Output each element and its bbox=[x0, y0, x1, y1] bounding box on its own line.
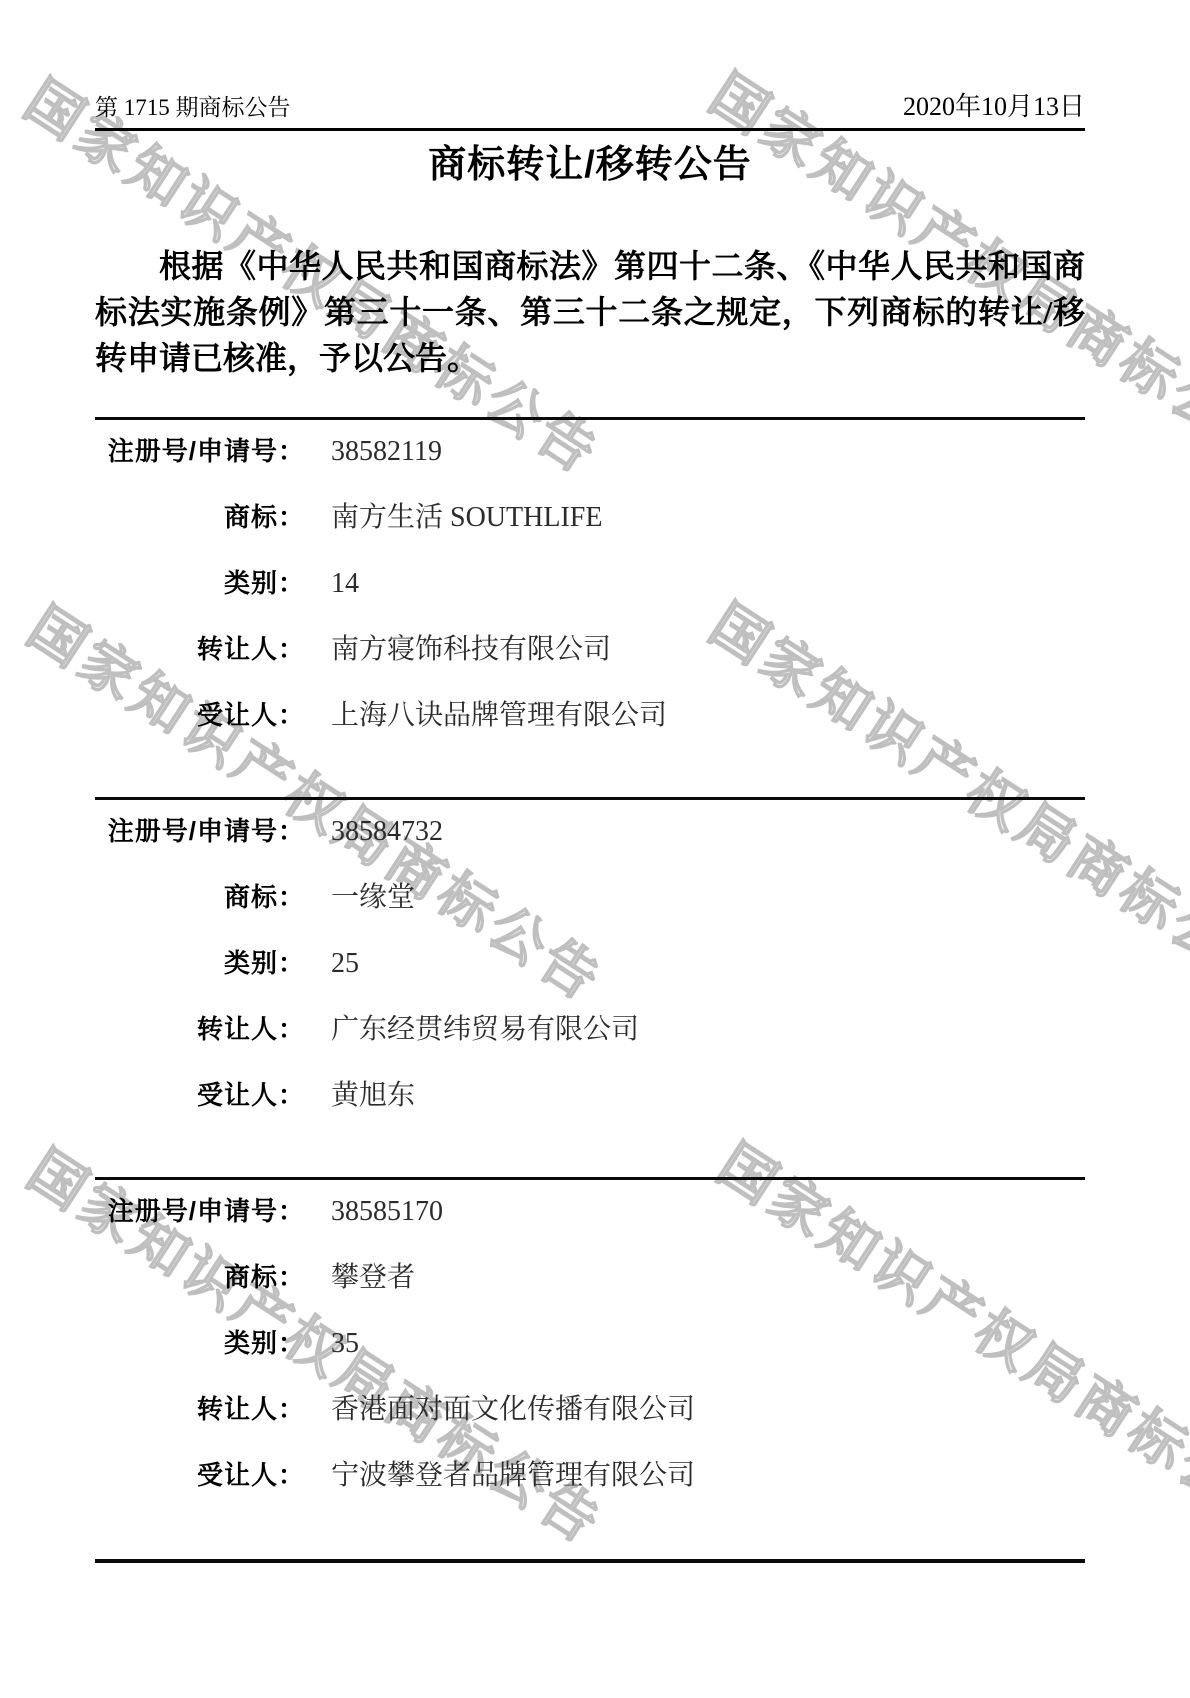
assignee-label: 受让人： bbox=[95, 1079, 305, 1111]
record-row-category: 类别： 25 bbox=[95, 947, 1085, 980]
trademark-value: 攀登者 bbox=[331, 1262, 415, 1294]
assignor-value: 香港面对面文化传播有限公司 bbox=[331, 1394, 695, 1426]
intro-paragraph: 根据《中华人民共和国商标法》第四十二条、《中华人民共和国商标法实施条例》第三十一… bbox=[95, 243, 1085, 381]
gazette-date: 2020年10月13日 bbox=[903, 86, 1085, 123]
record-row-assignor: 转让人： 南方寝饰科技有限公司 bbox=[95, 633, 1085, 666]
record-row-reg-no: 注册号/申请号： 38585170 bbox=[95, 1195, 1085, 1228]
bottom-divider bbox=[95, 1559, 1085, 1563]
record-row-reg-no: 注册号/申请号： 38584732 bbox=[95, 815, 1085, 848]
record-row-category: 类别： 14 bbox=[95, 567, 1085, 600]
category-value: 14 bbox=[331, 568, 359, 600]
record-row-trademark: 商标： 南方生活 SOUTHLIFE bbox=[95, 501, 1085, 534]
gazette-page: 国家知识产权局商标公告 国家知识产权局商标公告 国家知识产权局商标公告 国家知识… bbox=[0, 0, 1190, 1698]
header-divider bbox=[95, 128, 1085, 131]
reg-no-label: 注册号/申请号： bbox=[95, 1195, 305, 1227]
trademark-label: 商标： bbox=[95, 501, 305, 533]
trademark-record: 注册号/申请号： 38585170 商标： 攀登者 类别： 35 转让人： 香港… bbox=[95, 1177, 1085, 1557]
record-row-assignor: 转让人： 香港面对面文化传播有限公司 bbox=[95, 1393, 1085, 1426]
trademark-record: 注册号/申请号： 38582119 商标： 南方生活 SOUTHLIFE 类别：… bbox=[95, 417, 1085, 797]
assignor-label: 转让人： bbox=[95, 1013, 305, 1045]
category-value: 25 bbox=[331, 948, 359, 980]
record-row-assignor: 转让人： 广东经贯纬贸易有限公司 bbox=[95, 1013, 1085, 1046]
assignor-value: 南方寝饰科技有限公司 bbox=[331, 634, 611, 666]
page-content: 第 1715 期商标公告 2020年10月13日 商标转让/移转公告 根据《中华… bbox=[95, 0, 1085, 1563]
record-row-assignee: 受让人： 黄旭东 bbox=[95, 1079, 1085, 1112]
page-title: 商标转让/移转公告 bbox=[95, 141, 1085, 189]
category-value: 35 bbox=[331, 1328, 359, 1360]
record-row-assignee: 受让人： 宁波攀登者品牌管理有限公司 bbox=[95, 1459, 1085, 1492]
gazette-issue-number: 第 1715 期商标公告 bbox=[95, 89, 291, 122]
category-label: 类别： bbox=[95, 947, 305, 979]
trademark-record: 注册号/申请号： 38584732 商标： 一缘堂 类别： 25 转让人： 广东… bbox=[95, 797, 1085, 1177]
reg-no-value: 38584732 bbox=[331, 816, 443, 848]
assignor-label: 转让人： bbox=[95, 1393, 305, 1425]
reg-no-value: 38585170 bbox=[331, 1196, 443, 1228]
reg-no-value: 38582119 bbox=[331, 436, 442, 468]
assignee-label: 受让人： bbox=[95, 699, 305, 731]
record-row-assignee: 受让人： 上海八诀品牌管理有限公司 bbox=[95, 699, 1085, 732]
reg-no-label: 注册号/申请号： bbox=[95, 435, 305, 467]
reg-no-label: 注册号/申请号： bbox=[95, 815, 305, 847]
assignee-value: 上海八诀品牌管理有限公司 bbox=[331, 700, 667, 732]
trademark-label: 商标： bbox=[95, 1261, 305, 1293]
trademark-value: 一缘堂 bbox=[331, 882, 415, 914]
category-label: 类别： bbox=[95, 1327, 305, 1359]
trademark-value: 南方生活 SOUTHLIFE bbox=[331, 502, 602, 534]
page-header: 第 1715 期商标公告 2020年10月13日 bbox=[95, 86, 1085, 116]
assignee-label: 受让人： bbox=[95, 1459, 305, 1491]
assignee-value: 宁波攀登者品牌管理有限公司 bbox=[331, 1460, 695, 1492]
record-row-reg-no: 注册号/申请号： 38582119 bbox=[95, 435, 1085, 468]
record-row-trademark: 商标： 一缘堂 bbox=[95, 881, 1085, 914]
assignor-value: 广东经贯纬贸易有限公司 bbox=[331, 1014, 639, 1046]
assignee-value: 黄旭东 bbox=[331, 1080, 415, 1112]
trademark-label: 商标： bbox=[95, 881, 305, 913]
assignor-label: 转让人： bbox=[95, 633, 305, 665]
records-list: 注册号/申请号： 38582119 商标： 南方生活 SOUTHLIFE 类别：… bbox=[95, 417, 1085, 1563]
record-row-trademark: 商标： 攀登者 bbox=[95, 1261, 1085, 1294]
record-row-category: 类别： 35 bbox=[95, 1327, 1085, 1360]
category-label: 类别： bbox=[95, 567, 305, 599]
